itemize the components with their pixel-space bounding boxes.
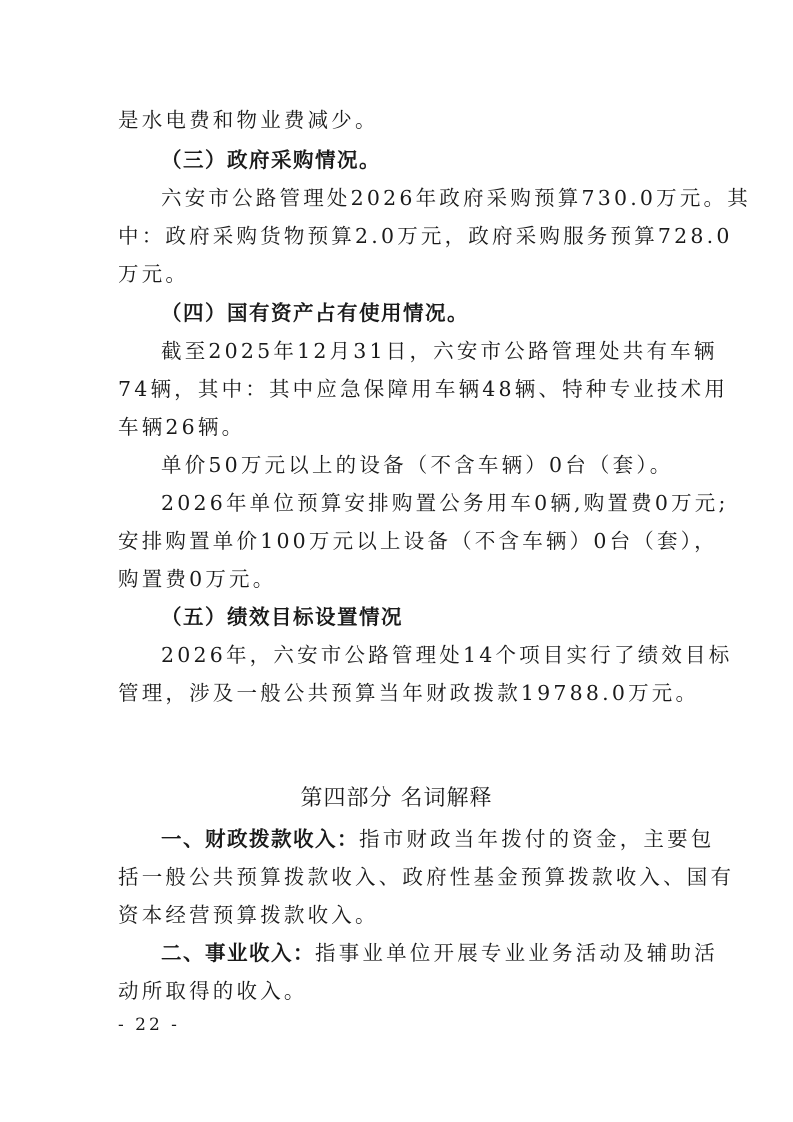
paragraph-line: 安排购置单价100万元以上设备（不含车辆）0台（套）， (118, 531, 718, 552)
term-text: 指事业单位开展专业业务活动及辅助活 (315, 941, 718, 965)
paragraph-line: 2026年，六安市公路管理处14个项目实行了绩效目标 (161, 645, 732, 666)
section-heading-performance: （五）绩效目标设置情况 (161, 607, 403, 628)
paragraph-line: 车辆26辆。 (118, 417, 245, 438)
paragraph-line: 中：政府采购货物预算2.0万元，政府采购服务预算728.0 (118, 226, 733, 247)
term-definition-line: 二、事业收入：指事业单位开展专业业务活动及辅助活 (161, 943, 718, 964)
paragraph-line: 截至2025年12月31日，六安市公路管理处共有车辆 (161, 341, 718, 362)
term-definition-line: 一、财政拨款收入：指市财政当年拨付的资金，主要包 (161, 829, 715, 850)
page-number: - 22 - (118, 1017, 180, 1034)
paragraph-line: 资本经营预算拨款收入。 (118, 905, 379, 926)
paragraph-line: 购置费0万元。 (118, 569, 276, 590)
paragraph-line: 括一般公共预算拨款收入、政府性基金预算拨款收入、国有 (118, 867, 734, 888)
paragraph-line: 动所取得的收入。 (118, 981, 308, 1002)
paragraph-line: 2026年单位预算安排购置公务用车0辆,购置费0万元; (161, 493, 729, 514)
section-heading-state-assets: （四）国有资产占有使用情况。 (161, 303, 469, 324)
term-text: 指市财政当年拨付的资金，主要包 (359, 827, 715, 851)
paragraph-line: 管理，涉及一般公共预算当年财政拨款19788.0万元。 (118, 683, 699, 704)
paragraph-line: 万元。 (118, 264, 189, 285)
paragraph-line: 单价50万元以上的设备（不含车辆）0台（套）。 (161, 455, 673, 476)
paragraph-line: 是水电费和物业费减少。 (118, 110, 379, 131)
section-heading-procurement: （三）政府采购情况。 (161, 150, 381, 171)
term-label: 二、事业收入： (161, 941, 315, 965)
part-title: 第四部分 名词解释 (0, 788, 793, 810)
paragraph-line: 74辆，其中：其中应急保障用车辆48辆、特种专业技术用 (118, 379, 728, 400)
paragraph-line: 六安市公路管理处2026年政府采购预算730.0万元。其 (161, 188, 751, 209)
term-label: 一、财政拨款收入： (161, 827, 359, 851)
